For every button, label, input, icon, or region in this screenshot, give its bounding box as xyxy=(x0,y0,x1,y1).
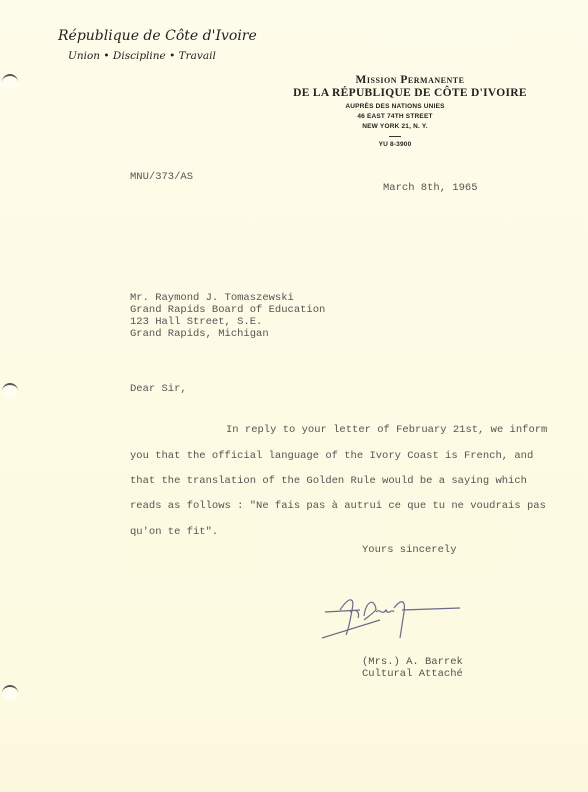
recipient-line: Grand Rapids Board of Education xyxy=(130,304,325,317)
recipient-line: Mr. Raymond J. Tomaszewski xyxy=(130,292,294,305)
letterhead-phone: YU 8-3900 xyxy=(230,140,560,150)
body-line: reads as follows : "Ne fais pas à autrui… xyxy=(130,500,546,513)
letterhead-line2: DE LA RÉPUBLIQUE DE CÔTE D'IVOIRE xyxy=(260,87,560,100)
punch-hole xyxy=(2,685,18,701)
punch-hole xyxy=(2,383,18,399)
body-line: qu'on te fit". xyxy=(130,526,218,539)
punch-hole xyxy=(2,74,18,90)
recipient-line: 123 Hall Street, S.E. xyxy=(130,316,262,329)
letterhead-line3: AUPRÈS DES NATIONS UNIES xyxy=(230,102,560,112)
closing: Yours sincerely xyxy=(362,544,457,557)
body-line: In reply to your letter of February 21st… xyxy=(226,424,547,437)
signatory-name: (Mrs.) A. Barrek xyxy=(362,656,463,669)
signature-icon xyxy=(320,590,470,650)
signatory-title: Cultural Attaché xyxy=(362,668,463,681)
country-name: République de Côte d'Ivoire xyxy=(58,28,257,44)
recipient-line: Grand Rapids, Michigan xyxy=(130,328,269,341)
letterhead-line1: Mission Permanente xyxy=(260,74,560,87)
letterhead-divider xyxy=(389,136,401,137)
letter-page: République de Côte d'Ivoire Union • Disc… xyxy=(0,0,588,792)
letter-date: March 8th, 1965 xyxy=(383,182,478,195)
body-line: that the translation of the Golden Rule … xyxy=(130,475,527,488)
salutation: Dear Sir, xyxy=(130,383,187,396)
letterhead-address: 46 EAST 74TH STREET xyxy=(230,112,560,122)
letterhead-city: NEW YORK 21, N. Y. xyxy=(230,122,560,132)
mission-letterhead: Mission Permanente DE LA RÉPUBLIQUE DE C… xyxy=(260,74,560,150)
reference-number: MNU/373/AS xyxy=(130,171,193,184)
body-line: you that the official language of the Iv… xyxy=(130,450,533,463)
national-motto: Union • Discipline • Travail xyxy=(68,50,216,62)
